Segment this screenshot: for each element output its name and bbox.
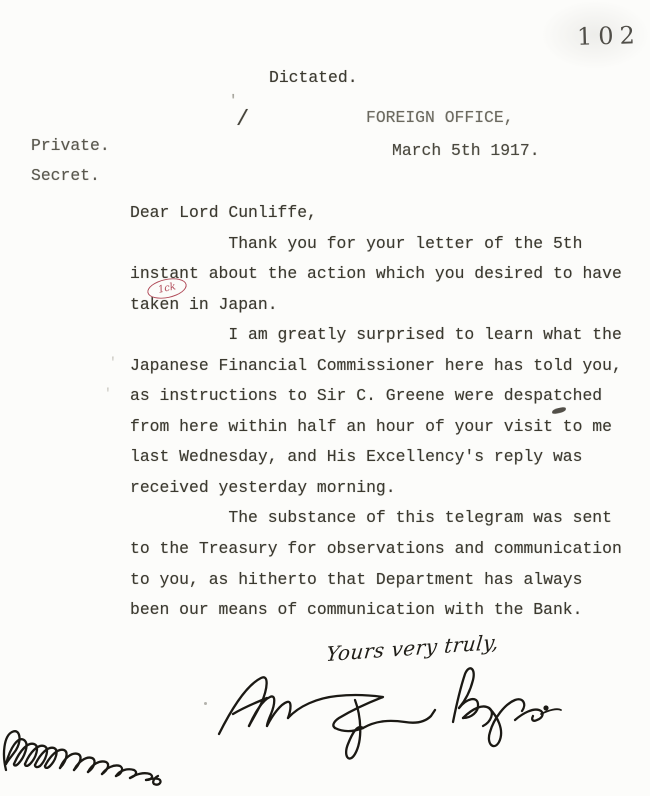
balfour-signature-scrawl-icon [205, 652, 580, 767]
page-number-stamp: 102 [577, 21, 642, 51]
date-line: March 5th 1917. [392, 136, 540, 167]
faint-tick-icon: ' [104, 386, 112, 401]
check-slash-mark: / [236, 105, 249, 136]
faint-tick-icon: ' [109, 355, 117, 370]
dictated-label: Dictated. [269, 63, 358, 94]
letter-page: 102 Dictated. ' / FOREIGN OFFICE, March … [0, 0, 650, 796]
classification-secret: Secret. [31, 161, 100, 192]
classification-private: Private. [31, 131, 110, 162]
letterhead: FOREIGN OFFICE, [366, 103, 514, 134]
letter-body: Dear Lord Cunliffe, Thank you for your l… [130, 198, 622, 626]
illegible-pen-scribble-icon [0, 720, 190, 792]
